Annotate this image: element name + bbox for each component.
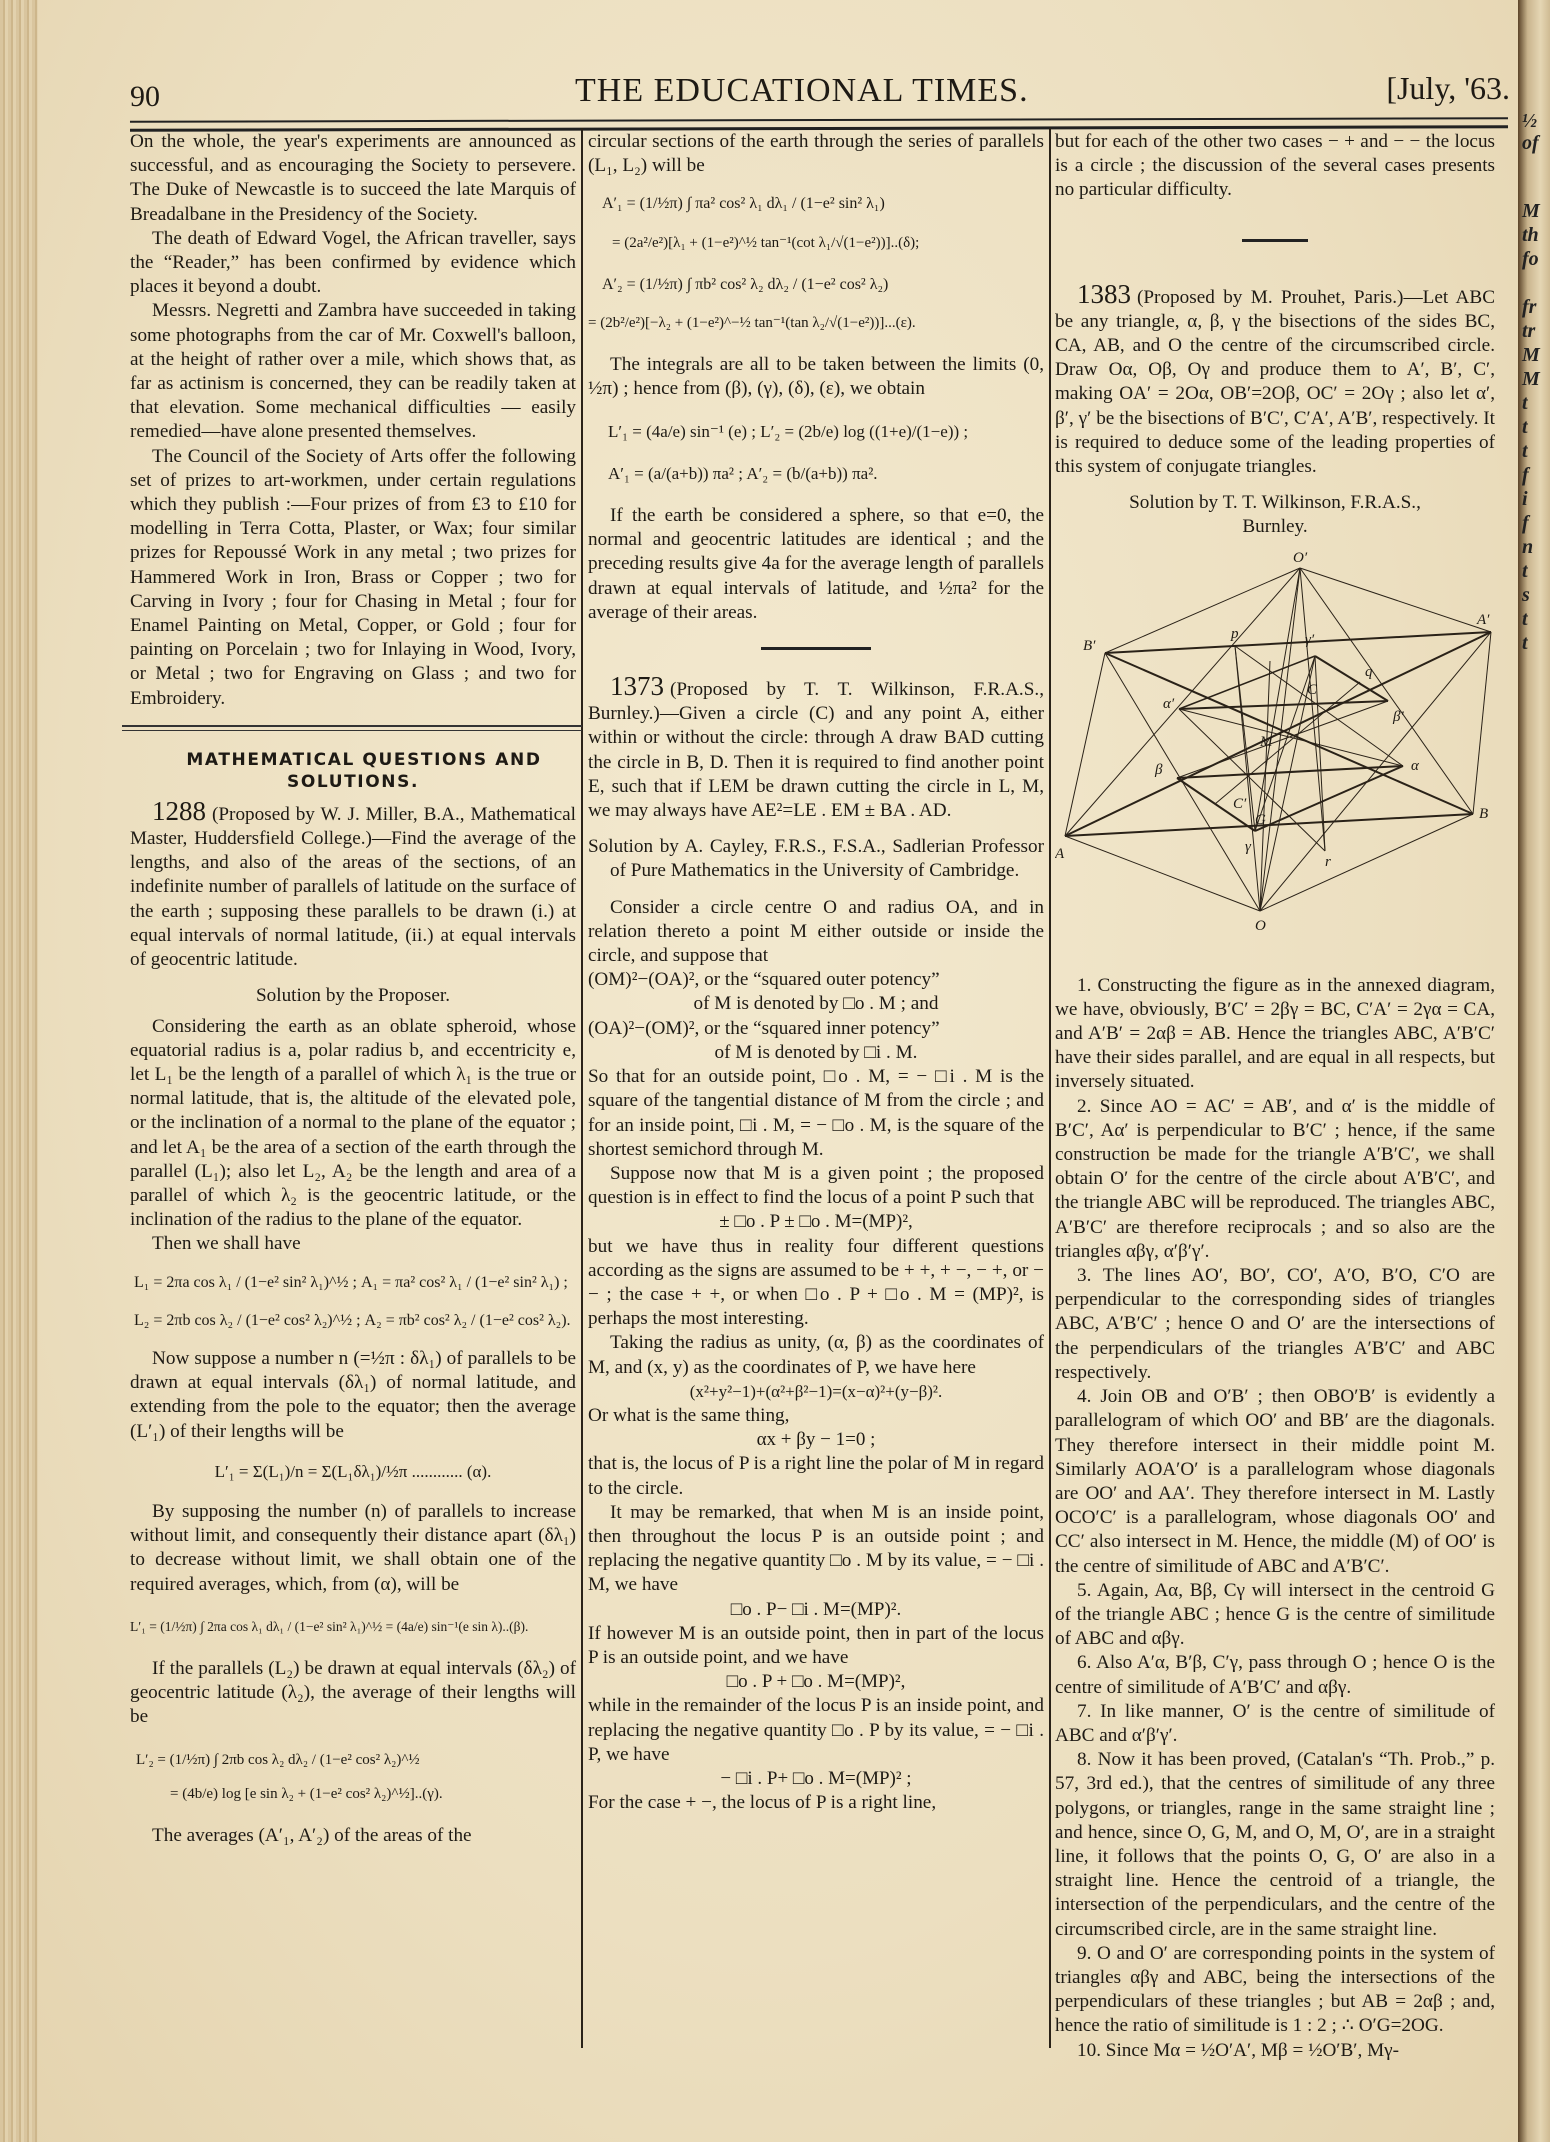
solution-heading: Solution by A. Cayley, F.R.S., F.S.A., S… [588,835,1044,883]
text-fragment: M [1522,344,1540,366]
equation-A-results: A′₁ = (a/(a+b)) πa² ; A′₂ = (b/(a+b)) πa… [608,462,1044,486]
numbered-paragraph: 8. Now it has been proved, (Catalan's “T… [1055,1748,1495,1942]
short-rule [1242,239,1308,242]
label-O: O [1255,918,1266,934]
equation-epsilon-a: A′₂ = (1/½π) ∫ πb² cos² λ₂ dλ₂ / (1−e² c… [602,273,1044,297]
paragraph: For the case + −, the locus of P is a ri… [588,1791,1044,1815]
page-edge-stack [0,0,38,2142]
paragraph: The integrals are all to be taken betwee… [588,353,1044,401]
paragraph: Consider a circle centre O and radius OA… [588,896,1044,969]
text-fragment: th [1522,224,1539,246]
text-fragment: M [1522,200,1540,222]
question-number: 1288 [152,796,206,826]
numbered-paragraph: 3. The lines AO′, BO′, CO′, A′O, B′O, C′… [1055,1264,1495,1385]
label-O-prime: O′ [1293,550,1308,566]
label-gamma-prime: γ′ [1305,632,1315,648]
paragraph: The Council of the Society of Arts offer… [130,445,576,711]
label-B-prime: B′ [1083,638,1096,654]
text-fragment: t [1522,416,1528,438]
column-3: but for each of the other two cases − + … [1055,130,1495,2063]
text-fragment: tr [1522,320,1535,342]
paragraph: Suppose now that M is a given point ; th… [588,1162,1044,1210]
label-alpha-prime: α′ [1163,696,1175,712]
label-r: r [1325,854,1331,870]
question-number: 1373 [610,671,664,701]
numbered-paragraph: 4. Join OB and O′B′ ; then OBO′B′ is evi… [1055,1385,1495,1579]
solution-heading: Solution by the Proposer. [130,984,576,1008]
numbered-paragraph: 6. Also A′α, B′β, C′γ, pass through O ; … [1055,1651,1495,1699]
equation-L-results: L′₁ = (4a/e) sin⁻¹ (e) ; L′₂ = (2b/e) lo… [608,420,1044,444]
paragraph: If however M is an outside point, then i… [588,1622,1044,1670]
paragraph: that is, the locus of P is a right line … [588,1452,1044,1500]
text-fragment: fr [1522,296,1536,318]
column-divider-1 [581,128,583,2048]
geometry-diagram: O′ A′ B′ p γ′ q α′ C β′ M β α C′ G B A γ [1055,546,1495,966]
question-text: (Proposed by M. Prouhet, Paris.)—Let ABC… [1055,287,1495,477]
equation-beta: L′₁ = (1/½π) ∫ 2πa cos λ₁ dλ₁ / (1−e² si… [130,1615,576,1639]
masthead-title: THE EDUCATIONAL TIMES. [575,72,1029,110]
section-heading: MATHEMATICAL QUESTIONS AND SOLUTIONS. [130,749,576,793]
equation: − □i . P+ □o . M=(MP)² ; [588,1767,1044,1791]
newspaper-page: 90 THE EDUCATIONAL TIMES. [July, '63. On… [0,0,1520,2142]
label-alpha: α [1411,758,1420,774]
text-fragment: i [1522,488,1528,510]
equation-gamma-a: L′₂ = (1/½π) ∫ 2πb cos λ₂ dλ₂ / (1−e² co… [136,1748,576,1772]
label-beta: β [1154,762,1163,778]
label-B: B [1479,806,1488,822]
equation-L1-A1: L₁ = 2πa cos λ₁ / (1−e² sin² λ₁)^½ ; A₁ … [134,1271,576,1295]
numbered-paragraph: 1. Constructing the figure as in the ann… [1055,974,1495,1095]
paragraph: but we have thus in reality four differe… [588,1235,1044,1332]
text-fragment: M [1522,368,1540,390]
equation: (x²+y²−1)+(α²+β²−1)=(x−α)²+(y−β)². [588,1380,1044,1404]
text-fragment: t [1522,440,1528,462]
text-fragment: n [1522,536,1533,558]
label-A: A [1055,846,1065,862]
section-divider [122,725,582,731]
equation-alpha: L′₁ = Σ(L₁)/n = Σ(L₁δλ₁)/½π ............… [130,1460,576,1484]
label-C-prime: C′ [1233,796,1247,812]
equation: αx + βy − 1=0 ; [588,1428,1044,1452]
paragraph: Considering the earth as an oblate spher… [130,1015,576,1233]
label-M: M [1259,734,1274,750]
equation: ± □o . P ± □o . M=(MP)², [588,1210,1044,1234]
paragraph: Taking the radius as unity, (α, β) as th… [588,1331,1044,1379]
text-fragment: t [1522,392,1528,414]
solution-heading: Solution by T. T. Wilkinson, F.R.A.S., B… [1055,491,1495,539]
paragraph: On the whole, the year's experiments are… [130,130,576,227]
equation-gamma-b: = (4b/e) log [e sin λ₂ + (1−e² cos² λ₂)^… [170,1782,576,1806]
equation-epsilon-b: = (2b²/e²)[−λ₂ + (1−e²)^−½ tan⁻¹(tan λ₂/… [588,311,1044,335]
paragraph: Messrs. Negretti and Zambra have succeed… [130,299,576,444]
numbered-paragraph: 9. O and O′ are corresponding points in … [1055,1942,1495,2039]
label-G: G [1255,812,1266,828]
definition-outer-b: of M is denoted by □o . M ; and [588,992,1044,1016]
short-rule [761,647,871,650]
numbered-paragraph: 7. In like manner, O′ is the centre of s… [1055,1700,1495,1748]
paragraph: The death of Edward Vogel, the African t… [130,227,576,300]
paragraph: It may be remarked, that when M is an in… [588,1501,1044,1598]
text-fragment: f [1522,464,1529,486]
numbered-paragraph: 2. Since AO = AC′ = AB′, and α′ is the m… [1055,1095,1495,1264]
text-fragment: t [1522,608,1528,630]
equation: □o . P + □o . M=(MP)², [588,1670,1044,1694]
column-1: On the whole, the year's experiments are… [130,130,576,1848]
paragraph: So that for an outside point, □o . M, = … [588,1065,1044,1162]
paragraph: Or what is the same thing, [588,1404,1044,1428]
paragraph: By supposing the number (n) of parallels… [130,1500,576,1597]
equation: □o . P− □i . M=(MP)². [588,1598,1044,1622]
definition-inner-b: of M is denoted by □i . M. [588,1041,1044,1065]
page-number: 90 [130,80,160,114]
text-fragment: fo [1522,248,1539,270]
paragraph: If the parallels (L₂) be drawn at equal … [130,1657,576,1730]
text-fragment: ½ [1522,110,1537,132]
equation-delta-a: A′₁ = (1/½π) ∫ πa² cos² λ₁ dλ₁ / (1−e² s… [602,192,1044,216]
issue-date: [July, '63. [1386,70,1510,107]
paragraph: The averages (A′₁, A′₂) of the areas of … [130,1824,576,1848]
numbered-paragraph: 10. Since Mα = ½O′A′, Mβ = ½O′B′, Mγ- [1055,2039,1495,2063]
question-number: 1383 [1077,279,1131,309]
label-A-prime: A′ [1476,612,1490,628]
label-p: p [1230,626,1239,642]
paragraph: but for each of the other two cases − + … [1055,130,1495,203]
text-fragment: t [1522,632,1528,654]
label-beta-prime: β′ [1392,709,1404,725]
label-q: q [1365,664,1373,680]
equation-L2-A2: L₂ = 2πb cos λ₂ / (1−e² cos² λ₂)^½ ; A₂ … [134,1309,576,1333]
paragraph: If the earth be considered a sphere, so … [588,504,1044,625]
question-text: (Proposed by W. J. Miller, B.A., Mathema… [130,804,576,970]
conjugate-triangles-figure: O′ A′ B′ p γ′ q α′ C β′ M β α C′ G B A γ [1055,546,1495,966]
label-gamma: γ [1245,839,1252,855]
definition-inner: (OA)²−(OM)², or the “squared inner poten… [588,1017,1044,1041]
adjacent-page-edge: ½ of M th fo fr tr M M t t t f i f n t s… [1518,0,1550,2142]
column-divider-2 [1049,128,1051,2048]
equation-delta-b: = (2a²/e²)[λ₁ + (1−e²)^½ tan⁻¹(cot λ₁/√(… [612,231,1044,255]
text-fragment: f [1522,512,1529,534]
numbered-paragraph: 5. Again, Aα, Bβ, Cγ will intersect in t… [1055,1579,1495,1652]
label-C: C [1307,682,1318,698]
column-2: circular sections of the earth through t… [588,130,1044,1815]
text-fragment: t [1522,560,1528,582]
paragraph: Then we shall have [130,1232,576,1256]
text-fragment: of [1522,132,1539,154]
text-fragment: s [1522,584,1530,606]
page-header: 90 THE EDUCATIONAL TIMES. [July, '63. [130,68,1510,118]
paragraph: while in the remainder of the locus P is… [588,1694,1044,1767]
paragraph: Now suppose a number n (=½π : δλ₁) of pa… [130,1347,576,1444]
paragraph: circular sections of the earth through t… [588,130,1044,178]
definition-outer: (OM)²−(OA)², or the “squared outer poten… [588,968,1044,992]
